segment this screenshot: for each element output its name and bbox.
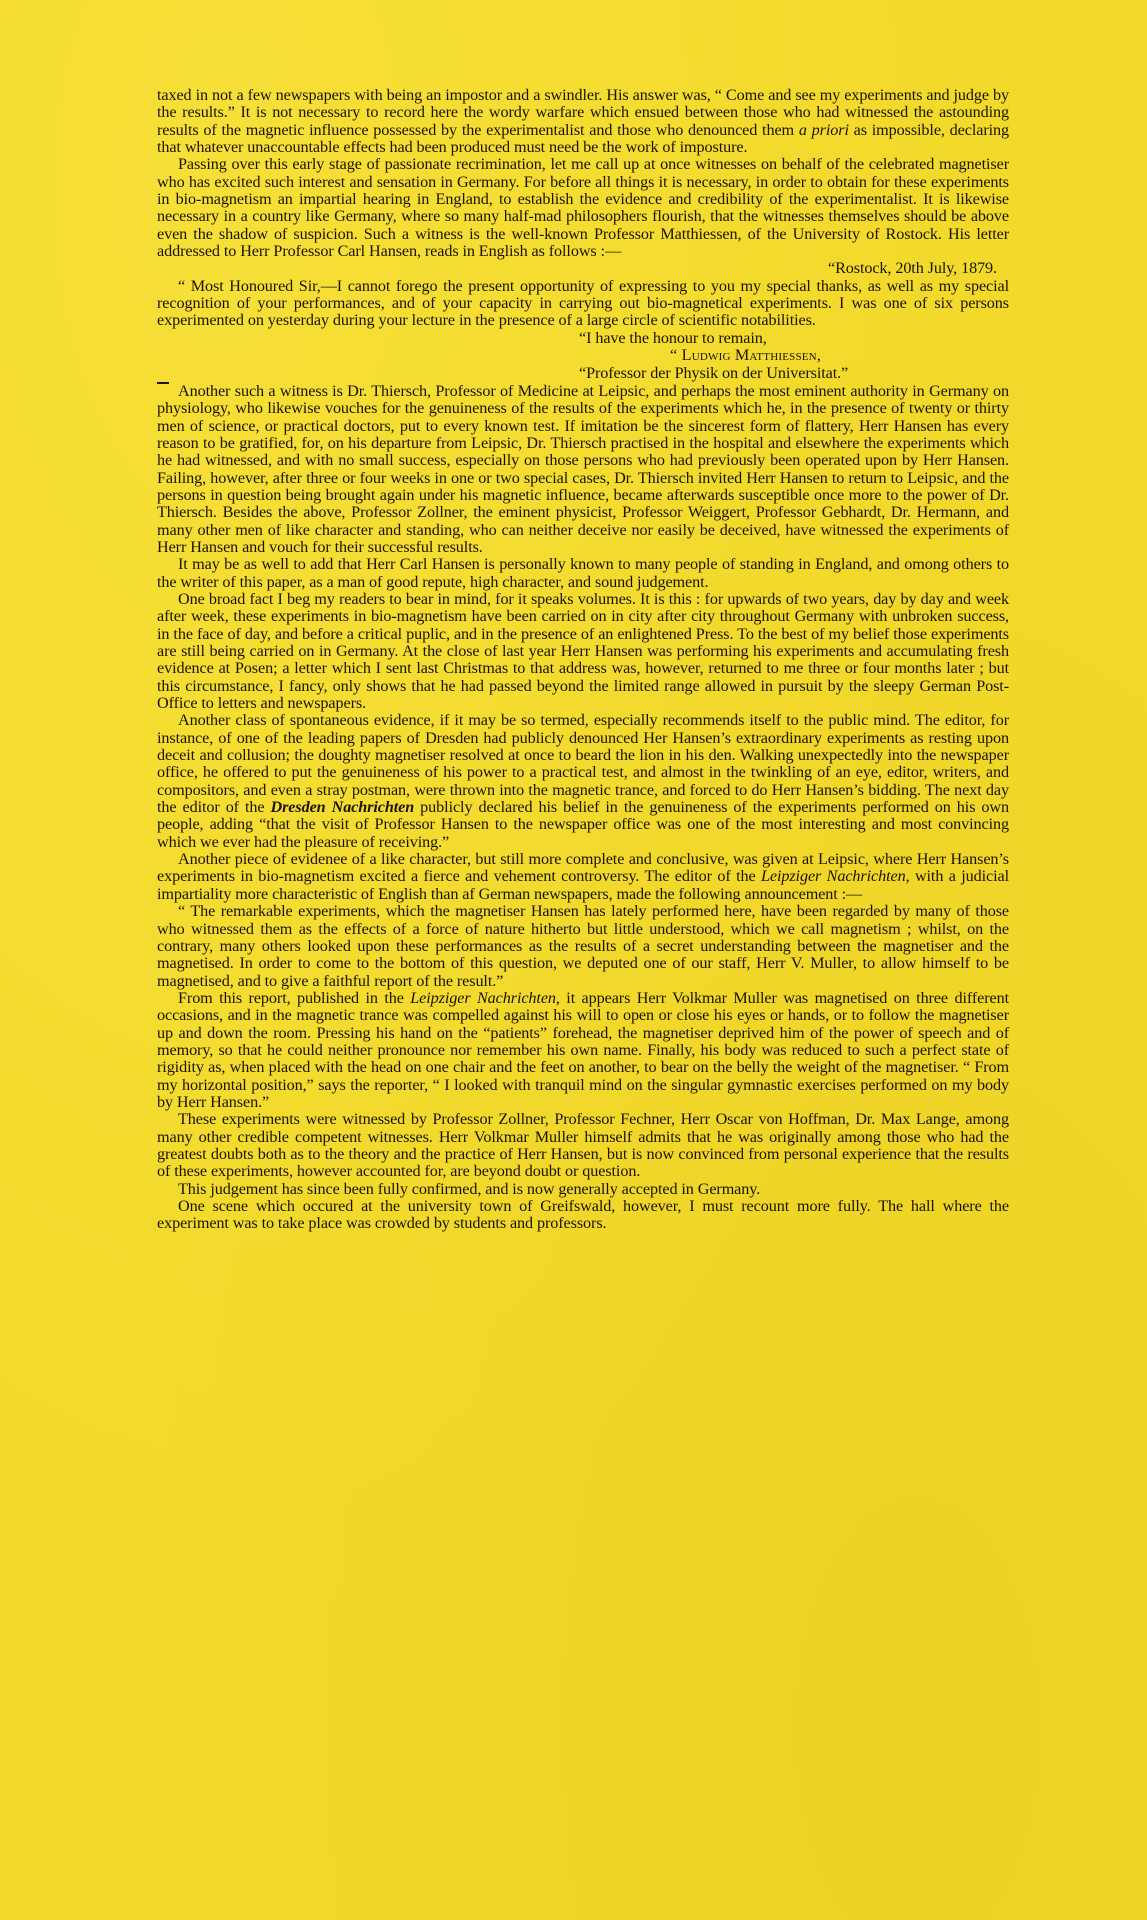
paragraph-text: From this report, published in the [178, 989, 410, 1007]
paragraph-greifswald: One scene which occured at the universit… [157, 1198, 1009, 1233]
margin-mark [157, 382, 169, 384]
italic-phrase: a priori [799, 121, 849, 139]
paragraph-broad-fact: One broad fact I beg my readers to bear … [157, 591, 1009, 712]
document-page: taxed in not a few newspapers with being… [157, 87, 1009, 1233]
letter-signature-title: “Professor der Physik on der Universitat… [157, 365, 1009, 382]
paragraph-continuation: taxed in not a few newspapers with being… [157, 87, 1009, 156]
newspaper-title: Leipziger Nachrichten [761, 867, 906, 885]
letter-closing-line: “I have the honour to remain, [157, 330, 1009, 347]
paragraph-thiersch: Another such a witness is Dr. Thiersch, … [157, 382, 1009, 556]
paragraph-judgement: This judgement has since been fully conf… [157, 1181, 1009, 1198]
paragraph-text-tail: , it appears Herr Volkmar Muller was mag… [157, 989, 1009, 1111]
paragraph-text: Another such a witness is Dr. Thiersch, … [157, 382, 1009, 556]
newspaper-title: Leipziger Nachrichten [410, 989, 556, 1007]
letter-body: “ Most Honoured Sir,—I cannot forego the… [157, 278, 1009, 330]
paragraph-leipsic: Another piece of evidenee of a like char… [157, 851, 1009, 903]
newspaper-title: Dresden Nachrichten [271, 798, 415, 816]
paragraph-witnesses-intro: Passing over this early stage of passion… [157, 156, 1009, 260]
paragraph-announcement-quote: “ The remarkable experiments, which the … [157, 903, 1009, 990]
paragraph-dresden: Another class of spontaneous evidence, i… [157, 712, 1009, 851]
letter-signature: “ Ludwig Matthiessen, [157, 347, 1009, 364]
paragraph-witnessed-by: These experiments were witnessed by Prof… [157, 1111, 1009, 1180]
paragraph-report: From this report, published in the Leipz… [157, 990, 1009, 1111]
letter-dateline: “Rostock, 20th July, 1879. [157, 260, 1009, 277]
paragraph-personal-known: It may be as well to add that Herr Carl … [157, 556, 1009, 591]
